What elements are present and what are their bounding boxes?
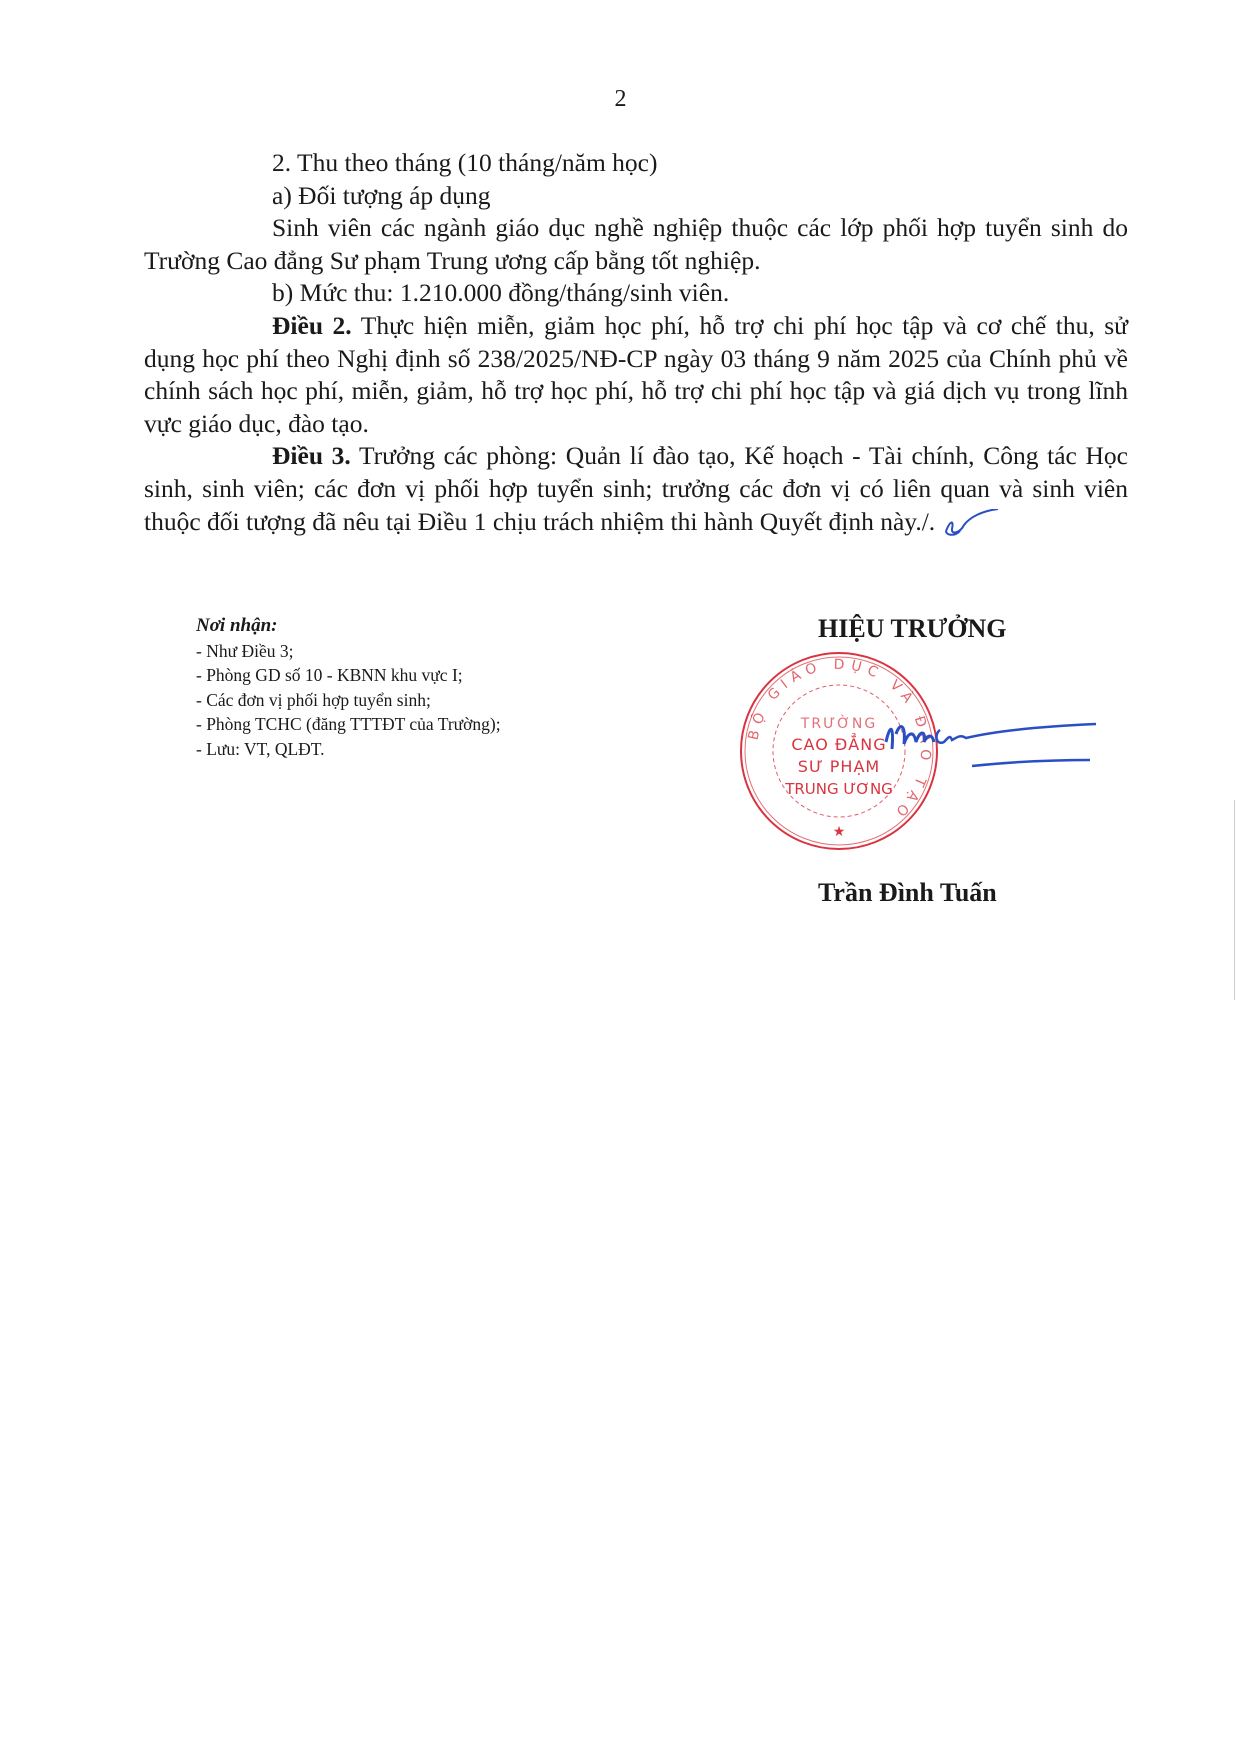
initials-mark-icon xyxy=(942,509,1002,539)
stamp-line-4: TRUNG ƯƠNG xyxy=(784,780,893,798)
signer-title: HIỆU TRƯỞNG xyxy=(818,614,1007,644)
article-3-label: Điều 3. xyxy=(272,441,351,470)
subsection-a-text: Sinh viên các ngành giáo dục nghề nghiệp… xyxy=(144,212,1128,277)
recipient-item: - Lưu: VT, QLĐT. xyxy=(196,737,501,762)
recipient-item: - Phòng GD số 10 - KBNN khu vực I; xyxy=(196,663,501,688)
recipient-item: - Các đơn vị phối hợp tuyển sinh; xyxy=(196,688,501,713)
handwritten-signature-icon xyxy=(820,694,1120,774)
svg-text:★: ★ xyxy=(833,825,846,840)
page-number: 2 xyxy=(0,86,1241,113)
signer-name: Trần Đình Tuấn xyxy=(818,878,997,908)
document-body: 2. Thu theo tháng (10 tháng/năm học) a) … xyxy=(240,147,1128,539)
recipients-block: Nơi nhận: - Như Điều 3; - Phòng GD số 10… xyxy=(196,614,501,761)
recipients-title: Nơi nhận: xyxy=(196,614,501,639)
subsection-b-text: b) Mức thu: 1.210.000 đồng/tháng/sinh vi… xyxy=(240,277,1128,310)
recipient-item: - Phòng TCHC (đăng TTTĐT của Trường); xyxy=(196,712,501,737)
scan-edge-divider xyxy=(1234,800,1235,1000)
article-3: Điều 3. Trưởng các phòng: Quản lí đào tạ… xyxy=(144,440,1128,538)
section-2-heading: 2. Thu theo tháng (10 tháng/năm học) xyxy=(240,147,1128,180)
recipient-item: - Như Điều 3; xyxy=(196,639,501,664)
article-2-label: Điều 2. xyxy=(272,311,352,340)
article-2: Điều 2. Thực hiện miễn, giảm học phí, hỗ… xyxy=(144,310,1128,440)
subsection-a-heading: a) Đối tượng áp dụng xyxy=(240,180,1128,213)
